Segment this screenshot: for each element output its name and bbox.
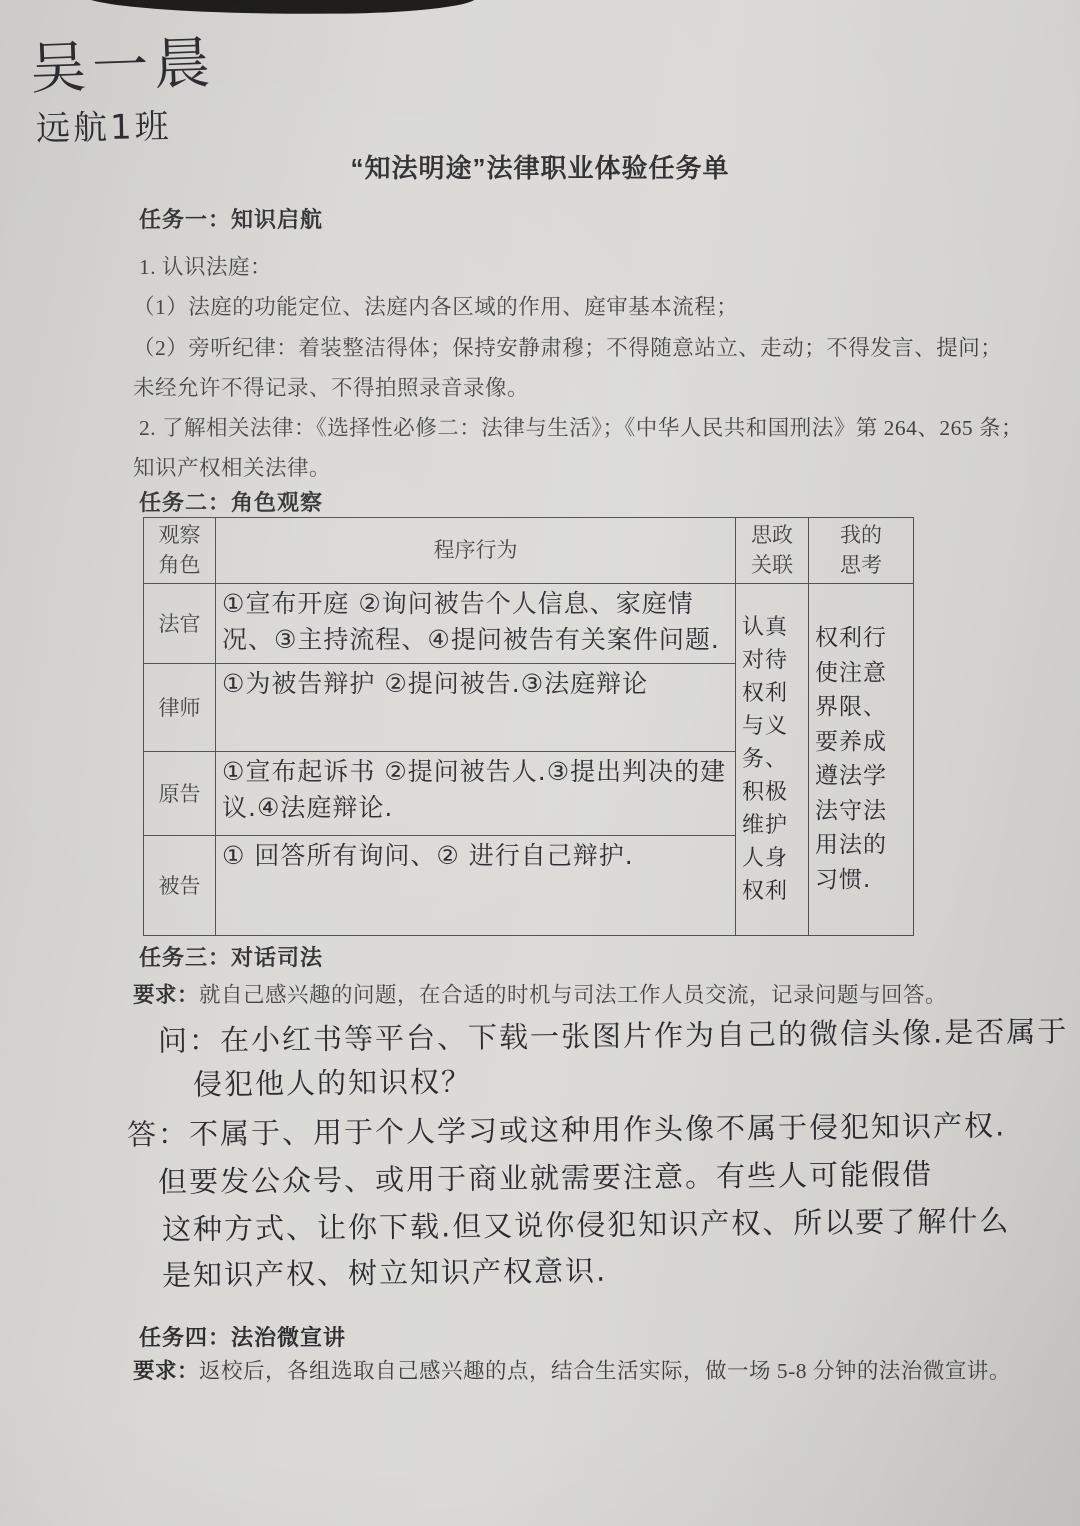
task3-heading: 任务三：对话司法 <box>139 941 323 972</box>
task1-line: （1）法庭的功能定位、法庭内各区域的作用、庭审基本流程； <box>133 290 738 321</box>
task1-line: 知识产权相关法律。 <box>133 451 331 482</box>
qa-question-line: 侵犯他人的知识权？ <box>193 1060 472 1104</box>
qa-answer-line: 是知识产权、树立知识产权意识. <box>162 1249 608 1295</box>
task2-heading: 任务二：角色观察 <box>139 486 323 517</box>
table-header-row: 观察 角色 程序行为 思政 关联 我的 思考 <box>144 518 914 584</box>
behavior-lawyer: ①为被告辩护 ②提问被告.③法庭辩论 <box>216 663 736 751</box>
requirement-label: 要求： <box>133 983 199 1007</box>
role-defendant: 被告 <box>144 835 216 935</box>
header-my-thoughts: 我的 思考 <box>809 518 914 584</box>
task1-heading: 任务一：知识启航 <box>139 203 323 234</box>
ideology-link-cell: 认真对待权利与义务、积极维护人身权利 <box>736 583 809 935</box>
task1-line: 1. 认识法庭： <box>139 250 272 281</box>
role-observation-table: 观察 角色 程序行为 思政 关联 我的 思考 法官 ①宣布开庭 ②询问被告个人信… <box>143 517 914 936</box>
task1-line: （2）旁听纪律：着装整洁得体；保持安静肃穆；不得随意站立、走动；不得发言、提问； <box>133 331 1002 362</box>
task4-requirement: 要求：返校后，各组选取自己感兴趣的点，结合生活实际，做一场 5-8 分钟的法治微… <box>133 1354 1011 1385</box>
task1-line: 2. 了解相关法律：《选择性必修二：法律与生活》；《中华人民共和国刑法》第 26… <box>139 411 1023 442</box>
task4-heading: 任务四：法治微宣讲 <box>139 1321 346 1352</box>
class-name: 远航1班 <box>36 99 172 150</box>
qa-answer-line: 答：不属于、用于个人学习或这种用作头像不属于侵犯知识产权. <box>127 1103 1007 1153</box>
photo-background-edge <box>82 0 477 15</box>
qa-question-line: 问：在小红书等平台、下载一张图片作为自己的微信头像.是否属于 <box>158 1009 1069 1060</box>
header-procedural-behavior: 程序行为 <box>216 518 736 584</box>
role-lawyer: 律师 <box>144 663 216 751</box>
role-judge: 法官 <box>144 583 216 663</box>
table-row: 法官 ①宣布开庭 ②询问被告个人信息、家庭情况、③主持流程、④提问被告有关案件问… <box>144 583 914 663</box>
scanned-worksheet-page: 吴一晨 远航1班 “知法明途”法律职业体验任务单 任务一：知识启航 1. 认识法… <box>0 0 1080 1526</box>
task1-line: 未经允许不得记录、不得拍照录音录像。 <box>133 371 529 402</box>
requirement-label: 要求： <box>133 1359 199 1383</box>
document-title: “知法明途”法律职业体验任务单 <box>0 148 1080 185</box>
role-plaintiff: 原告 <box>144 751 216 835</box>
qa-answer-line: 但要发公众号、或用于商业就需要注意。有些人可能假借 <box>158 1152 933 1201</box>
behavior-plaintiff: ①宣布起诉书 ②提问被告人.③提出判决的建议.④法庭辩论. <box>216 751 736 835</box>
header-ideology-link: 思政 关联 <box>736 518 809 584</box>
task3-requirement: 要求：就自己感兴趣的问题，在合适的时机与司法工作人员交流，记录问题与回答。 <box>133 978 947 1009</box>
behavior-judge: ①宣布开庭 ②询问被告个人信息、家庭情况、③主持流程、④提问被告有关案件问题. <box>216 583 736 663</box>
requirement-text: 就自己感兴趣的问题，在合适的时机与司法工作人员交流，记录问题与回答。 <box>199 983 947 1007</box>
qa-answer-line: 这种方式、让你下载.但又说你侵犯知识产权、所以要了解什么 <box>162 1199 1011 1249</box>
my-thoughts-cell: 权利行使注意界限、要养成遵法学法守法用法的习惯. <box>809 583 914 935</box>
header-observed-role: 观察 角色 <box>144 518 216 584</box>
requirement-text: 返校后，各组选取自己感兴趣的点，结合生活实际，做一场 5-8 分钟的法治微宣讲。 <box>199 1359 1011 1383</box>
student-name: 吴一晨 <box>29 19 218 105</box>
behavior-defendant: ① 回答所有询问、② 进行自己辩护. <box>216 835 736 935</box>
